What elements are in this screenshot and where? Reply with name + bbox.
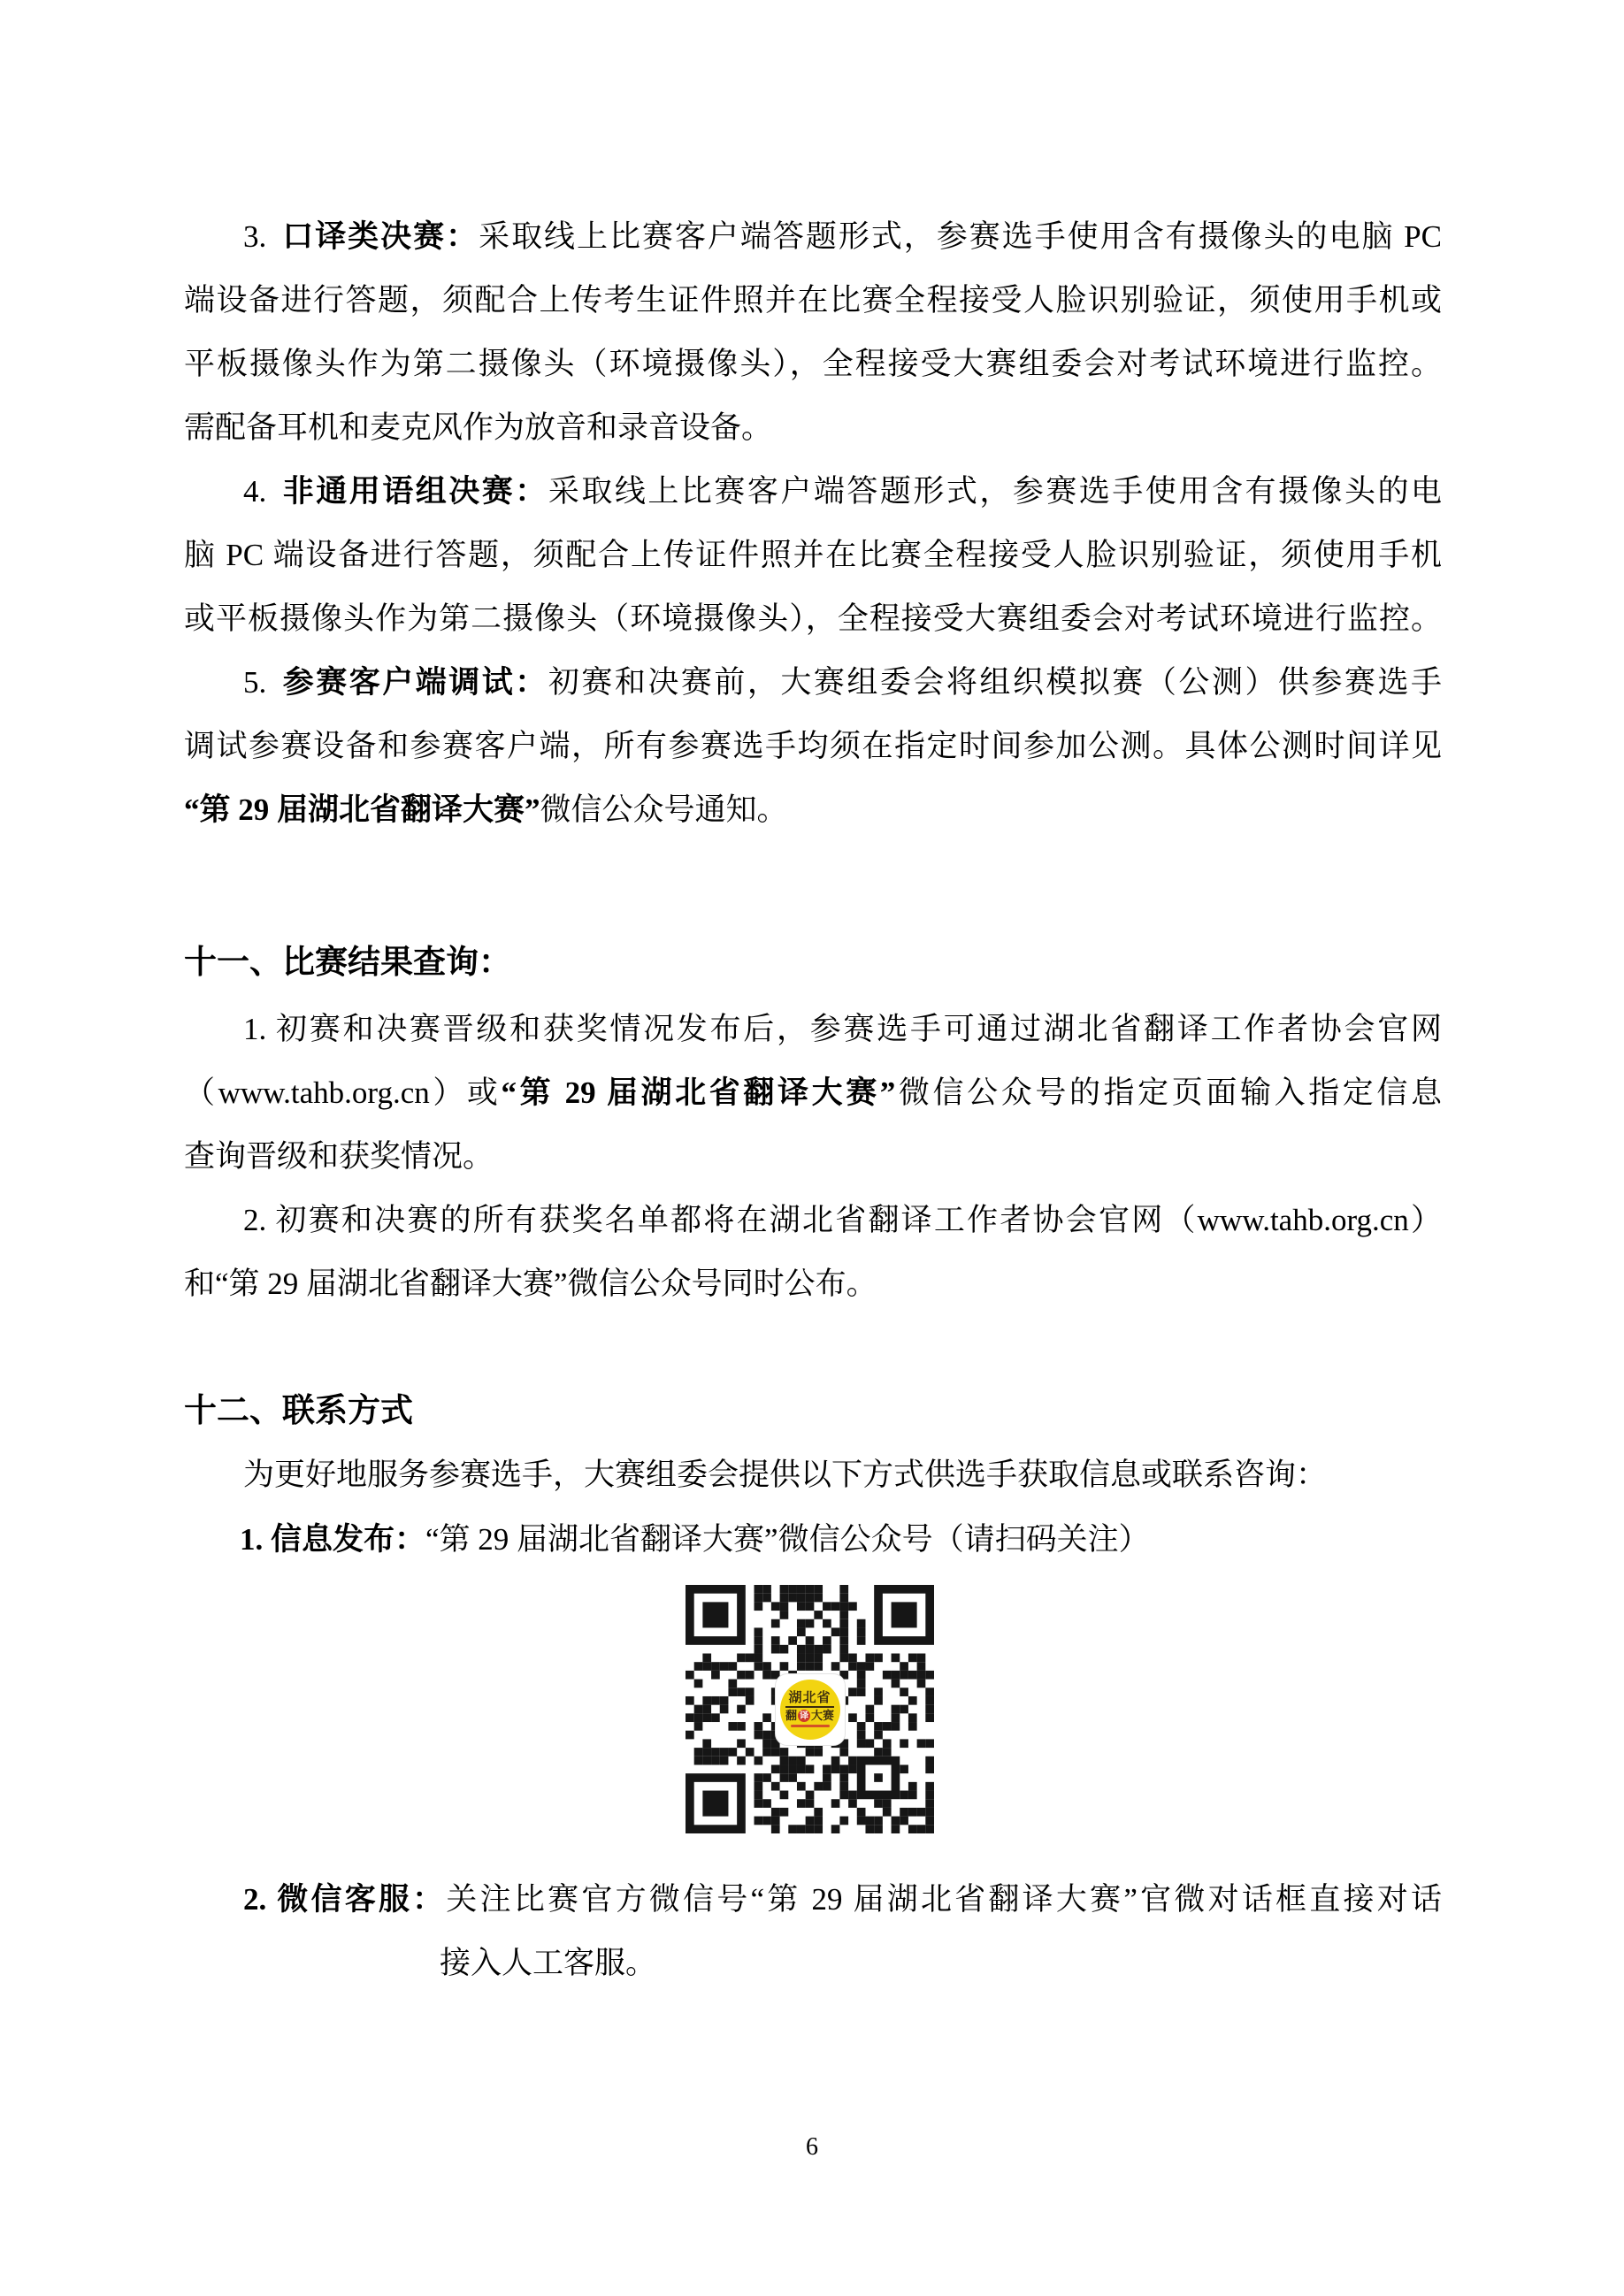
- text-segment: 采取线上比赛客户端答题形式，参赛选手使用含有摄像头的电脑 PC: [479, 219, 1442, 254]
- section-heading: 十一、比赛结果查询：: [184, 940, 511, 984]
- text-line: （www.tahb.org.cn）或“第 29 届湖北省翻译大赛”微信公众号的指…: [184, 1071, 1442, 1115]
- qr-logo-subtext-bar: [791, 1725, 830, 1727]
- qr-logo-subtitle-pre: 翻: [785, 1710, 797, 1722]
- qr-logo: 湖北省 翻 译 大赛: [775, 1673, 846, 1746]
- document-page: 3.口译类决赛：采取线上比赛客户端答题形式，参赛选手使用含有摄像头的电脑 PC端…: [0, 0, 1624, 2296]
- text-segment: 十二、联系方式: [184, 1392, 413, 1428]
- text-segment: 口译类决赛：: [280, 219, 479, 254]
- text-segment: 平板摄像头作为第二摄像头（环境摄像头），全程接受大赛组委会对考试环境进行监控。: [184, 347, 1442, 381]
- text-segment: 微信公众号通知。: [540, 792, 788, 827]
- text-segment: 初赛和决赛前，大赛组委会将组织模拟赛（公测）供参赛选手: [548, 665, 1442, 700]
- text-segment: 初赛和决赛晋级和获奖情况发布后，参赛选手可通过湖北省翻译工作者协会官网: [273, 1012, 1442, 1046]
- text-line: 脑 PC 端设备进行答题，须配合上传证件照并在比赛全程接受人脸识别验证，须使用手…: [184, 533, 1442, 578]
- text-segment: 脑 PC 端设备进行答题，须配合上传证件照并在比赛全程接受人脸识别验证，须使用手…: [184, 538, 1442, 572]
- text-segment: 4.: [243, 474, 280, 509]
- text-segment: 非通用语组决赛：: [280, 474, 548, 509]
- text-line: 接入人工客服。: [440, 1941, 656, 1986]
- text-line: 2. 微信客服：关注比赛官方微信号“第 29 届湖北省翻译大赛”官微对话框直接对…: [243, 1878, 1442, 1922]
- text-line: 和“第 29 届湖北省翻译大赛”微信公众号同时公布。: [184, 1262, 877, 1306]
- text-line: 1.初赛和决赛晋级和获奖情况发布后，参赛选手可通过湖北省翻译工作者协会官网: [243, 1007, 1442, 1052]
- text-segment: 5.: [243, 665, 280, 700]
- text-segment: （www.tahb.org.cn）或: [184, 1075, 502, 1110]
- text-segment: 关注比赛官方微信号“第 29 届湖北省翻译大赛”官微对话框直接对话: [446, 1882, 1442, 1917]
- qr-logo-title: 湖北省: [785, 1691, 833, 1709]
- text-segment: 接入人工客服。: [440, 1946, 656, 1980]
- text-segment: 查询晋级和获奖情况。: [184, 1139, 494, 1174]
- qr-logo-mark: 译: [798, 1710, 810, 1722]
- text-segment: 微信公众号的指定页面输入指定信息: [895, 1075, 1442, 1110]
- text-line: 5.参赛客户端调试：初赛和决赛前，大赛组委会将组织模拟赛（公测）供参赛选手: [243, 661, 1442, 705]
- text-segment: “第 29 届湖北省翻译大赛”微信公众号（请扫码关注）: [425, 1522, 1150, 1557]
- text-segment: 需配备耳机和麦克风作为放音和录音设备。: [184, 410, 772, 445]
- text-segment: 3.: [243, 219, 280, 254]
- qr-logo-subtitle: 翻 译 大赛: [785, 1710, 834, 1722]
- text-segment: 2.: [243, 1203, 273, 1237]
- text-segment: 和“第 29 届湖北省翻译大赛”微信公众号同时公布。: [184, 1267, 877, 1301]
- text-segment: 调试参赛设备和参赛客户端，所有参赛选手均须在指定时间参加公测。具体公测时间详见: [184, 729, 1442, 763]
- text-line: 为更好地服务参赛选手，大赛组委会提供以下方式供选手获取信息或联系咨询：: [243, 1453, 1327, 1497]
- text-line: 查询晋级和获奖情况。: [184, 1135, 494, 1179]
- text-line: 调试参赛设备和参赛客户端，所有参赛选手均须在指定时间参加公测。具体公测时间详见: [184, 724, 1442, 769]
- text-segment: 十一、比赛结果查询：: [184, 944, 511, 980]
- text-segment: 端设备进行答题，须配合上传考生证件照并在比赛全程接受人脸识别验证，须使用手机或: [184, 283, 1442, 318]
- text-segment: 初赛和决赛的所有获奖名单都将在湖北省翻译工作者协会官网（www.tahb.org…: [273, 1203, 1442, 1237]
- text-line: 4.非通用语组决赛：采取线上比赛客户端答题形式，参赛选手使用含有摄像头的电: [243, 470, 1442, 514]
- page-number: 6: [0, 2133, 1624, 2162]
- text-line: 1. 信息发布：“第 29 届湖北省翻译大赛”微信公众号（请扫码关注）: [240, 1518, 1150, 1562]
- text-line: 或平板摄像头作为第二摄像头（环境摄像头），全程接受大赛组委会对考试环境进行监控。: [184, 597, 1442, 641]
- text-segment: 参赛客户端调试：: [280, 665, 548, 700]
- text-line: 需配备耳机和麦克风作为放音和录音设备。: [184, 406, 772, 450]
- qr-logo-subtitle-post: 大赛: [811, 1710, 834, 1722]
- text-segment: 2. 微信客服：: [243, 1882, 446, 1917]
- text-segment: 为更好地服务参赛选手，大赛组委会提供以下方式供选手获取信息或联系咨询：: [243, 1458, 1327, 1492]
- text-segment: 或平板摄像头作为第二摄像头（环境摄像头），全程接受大赛组委会对考试环境进行监控。: [184, 601, 1442, 636]
- text-segment: 1. 信息发布：: [240, 1522, 425, 1557]
- text-segment: “第 29 届湖北省翻译大赛”: [502, 1075, 896, 1110]
- text-line: 3.口译类决赛：采取线上比赛客户端答题形式，参赛选手使用含有摄像头的电脑 PC: [243, 215, 1442, 259]
- text-segment: 采取线上比赛客户端答题形式，参赛选手使用含有摄像头的电: [548, 474, 1442, 509]
- text-line: 平板摄像头作为第二摄像头（环境摄像头），全程接受大赛组委会对考试环境进行监控。: [184, 342, 1442, 386]
- qr-logo-circle: 湖北省 翻 译 大赛: [780, 1680, 840, 1740]
- qr-code: 湖北省 翻 译 大赛: [686, 1585, 934, 1833]
- text-line: 2.初赛和决赛的所有获奖名单都将在湖北省翻译工作者协会官网（www.tahb.o…: [243, 1198, 1442, 1243]
- text-segment: 1.: [243, 1012, 273, 1046]
- section-heading: 十二、联系方式: [184, 1389, 413, 1433]
- text-line: 端设备进行答题，须配合上传考生证件照并在比赛全程接受人脸识别验证，须使用手机或: [184, 279, 1442, 323]
- text-segment: “第 29 届湖北省翻译大赛”: [184, 792, 540, 827]
- text-line: “第 29 届湖北省翻译大赛”微信公众号通知。: [184, 788, 788, 832]
